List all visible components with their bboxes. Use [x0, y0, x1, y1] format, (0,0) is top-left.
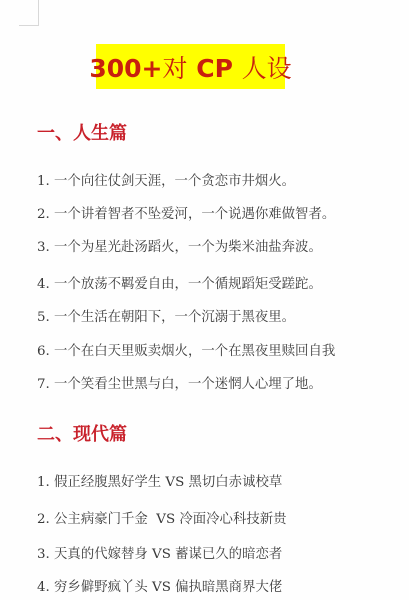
list-item: 7. 一个笑看尘世黑与白，一个迷惘人心埋了地。	[37, 376, 322, 394]
section-heading-modern: 二、现代篇	[37, 424, 127, 446]
list-item: 2. 一个讲着智者不坠爱河，一个说遇你难做智者。	[37, 206, 335, 224]
section-heading-life: 一、人生篇	[37, 123, 127, 145]
list-item: 3. 天真的代嫁替身 VS 蓄谋已久的暗恋者	[37, 546, 282, 564]
page-corner-mark	[19, 0, 39, 26]
list-item: 2. 公主病豪门千金 VS 冷面冷心科技新贵	[37, 511, 287, 529]
list-item: 1. 一个向往仗剑天涯，一个贪恋市井烟火。	[37, 173, 295, 191]
list-item: 1. 假正经腹黑好学生 VS 黑切白赤诚校草	[37, 474, 282, 492]
title-pair-word: 对	[163, 54, 188, 83]
title-banner: 300+对 CP 人设	[96, 44, 285, 89]
list-item: 3. 一个为星光赴汤蹈火，一个为柴米油盐奔波。	[37, 239, 322, 257]
list-item: 5. 一个生活在朝阳下，一个沉溺于黑夜里。	[37, 309, 295, 327]
title-persona: 人设	[242, 54, 292, 83]
document-title: 300+对 CP 人设	[89, 49, 291, 85]
list-item: 4. 穷乡僻野疯丫头 VS 偏执暗黑商界大佬	[37, 579, 282, 597]
list-item: 6. 一个在白天里贩卖烟火，一个在黑夜里赎回自我	[37, 343, 335, 361]
title-count: 300+	[89, 54, 162, 83]
title-cp: CP	[188, 54, 242, 83]
list-item: 4. 一个放荡不羁爱自由，一个循规蹈矩受蹉跎。	[37, 276, 322, 294]
